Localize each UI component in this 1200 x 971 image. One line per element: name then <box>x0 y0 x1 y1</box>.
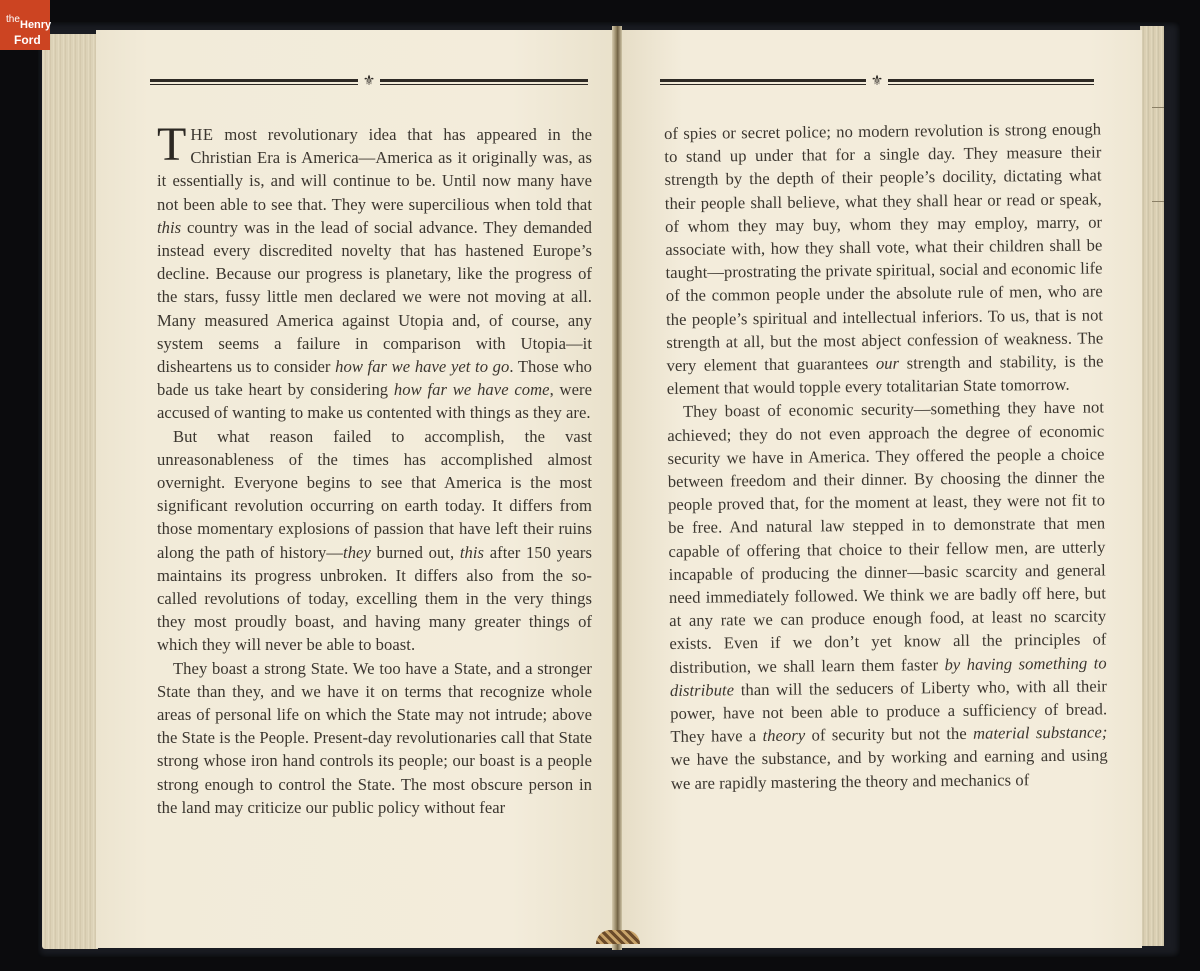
paragraph: They boast a strong State. We too have a… <box>157 657 592 819</box>
left-header-ornament: ⚜ <box>150 74 588 90</box>
left-page-text: T HE most revolutionary idea that has ap… <box>157 123 592 819</box>
fleuron-icon: ⚜ <box>358 75 380 89</box>
right-paragraphs: of spies or secret police; no modern rev… <box>664 117 1108 794</box>
page-tab-marker <box>1152 201 1164 202</box>
drop-cap: T <box>157 125 186 165</box>
ornament-rule <box>380 79 588 86</box>
ornament-rule <box>660 79 866 86</box>
ornament-rule <box>150 79 358 86</box>
paragraph: They boast of economic security—somethin… <box>667 396 1108 795</box>
paragraph: HE most revolutionary idea that has appe… <box>157 123 592 425</box>
ornament-rule <box>888 79 1094 86</box>
right-page-text: of spies or secret police; no modern rev… <box>664 117 1108 794</box>
henry-ford-logo: the Henry Ford <box>0 0 50 50</box>
logo-line-3: Ford <box>14 33 41 47</box>
right-header-ornament: ⚜ <box>660 74 1094 90</box>
logo-line-1: the <box>6 14 20 25</box>
right-page-edges <box>1140 26 1164 946</box>
book-gutter <box>612 26 622 950</box>
left-paragraphs: HE most revolutionary idea that has appe… <box>157 123 592 819</box>
fleuron-icon: ⚜ <box>866 75 888 89</box>
left-page-edges <box>42 34 98 949</box>
logo-line-2: Henry <box>20 19 51 31</box>
paragraph: of spies or secret police; no modern rev… <box>664 117 1104 400</box>
page-tab-marker <box>1152 107 1164 108</box>
headband <box>596 930 640 944</box>
paragraph: But what reason failed to accomplish, th… <box>157 425 592 657</box>
